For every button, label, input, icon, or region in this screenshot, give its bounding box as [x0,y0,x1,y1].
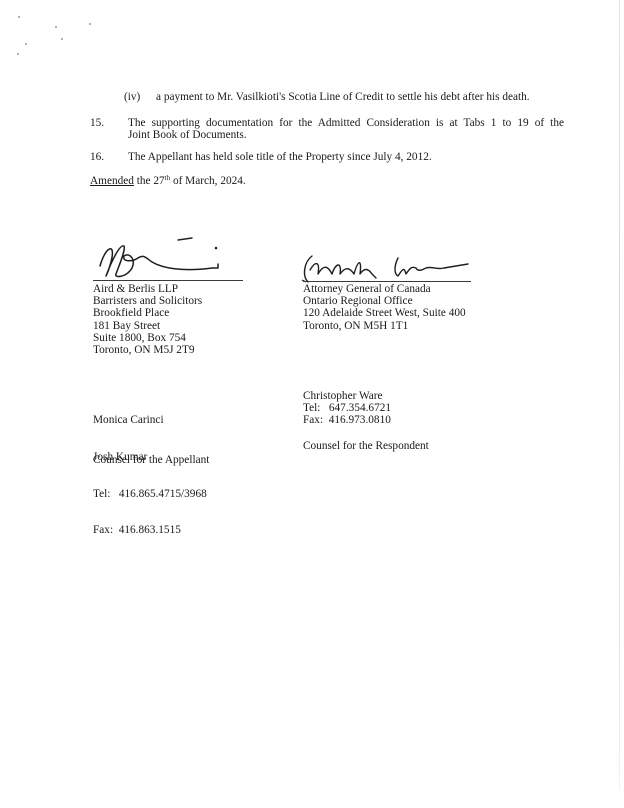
para-15-line-2: Joint Book of Documents. [128,129,247,141]
item-iv-text: a payment to Mr. Vasilkioti's Scotia Lin… [156,91,530,103]
appellant-firm-line: Aird & Berlis LLP [93,283,202,295]
scan-speck [89,23,91,25]
appellant-firm-line: Barristers and Solicitors [93,295,202,307]
amended-day: the 27 [134,175,165,187]
amended-label: Amended [90,175,134,187]
respondent-office-line: Ontario Regional Office [303,295,466,307]
amended-month-year: of March, 2024. [170,175,246,187]
respondent-office-address: Attorney General of Canada Ontario Regio… [303,283,466,332]
appellant-lawyer-name: Monica Carinci [93,414,207,426]
para-15-number: 15. [90,117,104,129]
respondent-contacts: Christopher Ware Tel: 647.354.6721 Fax: … [303,390,391,427]
appellant-signature-line [93,280,243,281]
appellant-role: Counsel for the Appellant [93,454,209,466]
item-iv-marker: (iv) [124,91,140,103]
respondent-role: Counsel for the Respondent [303,440,429,452]
respondent-phone: Tel: 647.354.6721 [303,402,391,414]
scan-speck [18,16,20,18]
scan-edge-line [619,0,620,790]
appellant-phone: Tel: 416.865.4715/3968 [93,488,207,500]
respondent-office-line: Attorney General of Canada [303,283,466,295]
appellant-firm-line: 181 Bay Street [93,320,202,332]
appellant-firm-line: Suite 1800, Box 754 [93,332,202,344]
amended-date-line: Amended the 27th of March, 2024. [90,175,246,187]
respondent-office-line: 120 Adelaide Street West, Suite 400 [303,307,466,319]
scan-speck [55,26,57,28]
para-16-number: 16. [90,151,104,163]
scan-speck [61,38,63,40]
scan-speck [17,53,19,55]
appellant-contacts: Monica Carinci Josh Kumar Tel: 416.865.4… [93,390,207,549]
respondent-signature-line [303,281,471,282]
respondent-fax: Fax: 416.973.0810 [303,414,391,426]
appellant-fax: Fax: 416.863.1515 [93,524,207,536]
appellant-firm-address: Aird & Berlis LLP Barristers and Solicit… [93,283,202,356]
respondent-office-line: Toronto, ON M5H 1T1 [303,320,466,332]
respondent-lawyer-name: Christopher Ware [303,390,391,402]
para-15-text: The supporting documentation for the Adm… [128,117,564,141]
para-15-line-1: The supporting documentation for the Adm… [128,117,564,129]
scan-speck [25,43,27,45]
appellant-firm-line: Brookfield Place [93,307,202,319]
para-16-text: The Appellant has held sole title of the… [128,151,432,163]
appellant-signature [92,232,232,282]
appellant-firm-line: Toronto, ON M5J 2T9 [93,344,202,356]
